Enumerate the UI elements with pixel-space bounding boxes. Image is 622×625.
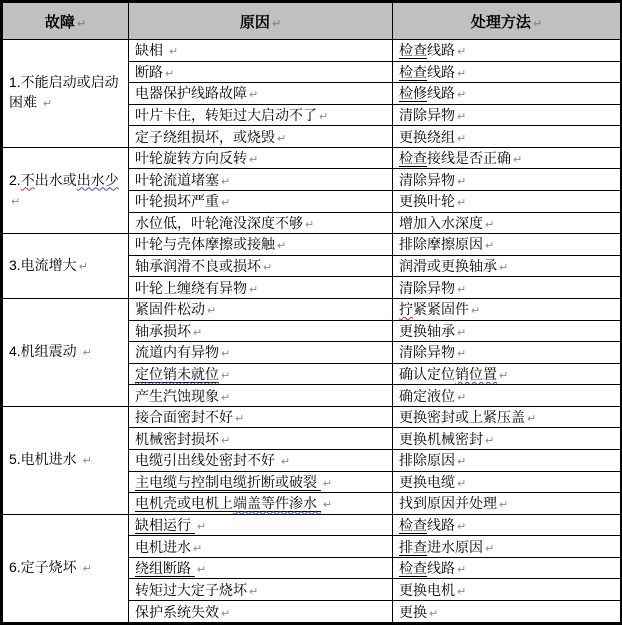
cause-cell: 绕组断路 ↵ [129,557,393,579]
text-segment: 检查 [399,64,427,80]
text-segment: 叶轮损坏严重 [135,193,219,209]
paragraph-mark-icon: ↵ [499,370,508,382]
cause-cell: 产生汽蚀现象↵ [129,385,393,407]
text-segment: 电机壳或电机上 [135,495,233,511]
remedy-cell: 检查线路↵ [393,61,621,83]
text-segment: 轴承损坏 [135,323,191,339]
remedy-cell: 更换机械密封↵ [393,428,621,450]
text-segment: 排除摩擦原因 [399,236,483,252]
paragraph-mark-icon: ↵ [457,68,466,80]
paragraph-mark-icon: ↵ [79,261,88,273]
paragraph-mark-icon: ↵ [197,564,206,576]
paragraph-mark-icon: ↵ [169,46,178,58]
remedy-cell: 更换绕组↵ [393,126,621,148]
paragraph-mark-icon: ↵ [221,392,230,404]
cause-cell: 缺相运行 ↵ [129,514,393,536]
text-segment: 清除异物 [399,172,455,188]
text-segment: 缺相 [135,42,167,58]
text-segment: 增加入水深度 [399,215,483,231]
paragraph-mark-icon: ↵ [323,478,332,490]
paragraph-mark-icon: ↵ [165,68,174,80]
remedy-cell: 排查进水原因↵ [393,536,621,558]
paragraph-mark-icon: ↵ [193,543,202,555]
text-segment: 检查 [399,560,427,576]
cause-cell: 保护系统失效↵ [129,601,393,623]
text-segment: 线路 [427,560,455,576]
paragraph-mark-icon: ↵ [457,456,466,468]
remedy-cell: 更换↵ [393,601,621,623]
paragraph-mark-icon: ↵ [249,89,258,101]
paragraph-mark-icon: ↵ [457,176,466,188]
text-segment: 清除异物 [399,280,455,296]
paragraph-mark-icon: ↵ [11,196,20,208]
text-segment: 清除异物 [399,107,455,123]
remedy-cell: 更换叶轮↵ [393,191,621,213]
remedy-cell: 检查线路↵ [393,514,621,536]
fault-cell: 3.电流增大↵ [3,234,129,299]
text-segment: 找到原因并处理 [399,495,497,511]
paragraph-mark-icon: ↵ [77,18,86,30]
text-segment: 定位销未就位 [135,366,219,383]
paragraph-mark-icon: ↵ [527,413,536,425]
table-row: 1.不能启动或启动困难 ↵缺相 ↵检查线路↵ [3,40,621,62]
paragraph-mark-icon: ↵ [249,284,258,296]
text-segment: 线路 [427,85,455,101]
text-segment: 更换电缆 [399,474,455,490]
text-segment: 叶片卡住，转矩过大启动不了 [135,107,317,123]
text-segment: 检查 [399,42,427,58]
paragraph-mark-icon: ↵ [457,392,466,404]
text-segment: 销位置 [455,366,497,382]
text-segment: 接合面密封不好 [135,409,233,425]
paragraph-mark-icon: ↵ [305,219,314,231]
text-segment: 6.定子烧坏 [9,559,81,575]
paragraph-mark-icon: ↵ [513,154,522,166]
cause-cell: 电机壳或电机上端盖等件渗水 ↵ [129,493,393,515]
text-segment: 断路 [135,64,163,80]
remedy-cell: 确认定位销位置↵ [393,363,621,385]
remedy-cell: 检查接线是否正确↵ [393,147,621,169]
paragraph-mark-icon: ↵ [221,176,230,188]
paragraph-mark-icon: ↵ [457,111,466,123]
remedy-cell: 拧紧紧固件↵ [393,298,621,320]
text-segment: 更换电机 [399,582,455,598]
cause-cell: 叶轮流道堵塞↵ [129,169,393,191]
remedy-cell: 检查线路↵ [393,557,621,579]
paragraph-mark-icon: ↵ [457,586,466,598]
paragraph-mark-icon: ↵ [485,543,494,555]
paragraph-mark-icon: ↵ [499,262,508,274]
paragraph-mark-icon: ↵ [83,347,92,359]
fault-cell: 4.机组震动 ↵ [3,298,129,406]
paragraph-mark-icon: ↵ [193,327,202,339]
text-segment: 转矩过大定子烧坏 [135,582,247,598]
paragraph-mark-icon: ↵ [485,219,494,231]
text-segment: 4.机组震动 [9,343,81,359]
paragraph-mark-icon: ↵ [221,197,230,209]
fault-cell: 2.不出水或出水少↵ [3,147,129,233]
cause-cell: 轴承损坏↵ [129,320,393,342]
header-cause-label: 原因 [240,14,270,31]
text-segment: 困难 [9,94,41,110]
paragraph-mark-icon: ↵ [457,89,466,101]
paragraph-mark-icon: ↵ [471,305,480,317]
text-segment: 5.电机进水 [9,451,81,467]
remedy-cell: 更换电缆↵ [393,471,621,493]
text-segment: 1.不能启动或启动 [9,74,119,90]
remedy-cell: 更换密封或上紧压盖↵ [393,406,621,428]
text-segment: 检查 [399,517,427,533]
paragraph-mark-icon: ↵ [263,262,272,274]
fault-cell: 6.定子烧坏 ↵ [3,514,129,622]
text-segment: 线路 [427,64,455,80]
paragraph-mark-icon: ↵ [533,18,542,30]
remedy-cell: 排除原因↵ [393,449,621,471]
troubleshooting-document: 故障↵ 原因↵ 处理方法↵ 1.不能启动或启动困难 ↵缺相 ↵检查线路↵断路↵检… [0,0,622,625]
paragraph-mark-icon: ↵ [83,455,92,467]
cause-cell: 机械密封损坏↵ [129,428,393,450]
cause-cell: 流道内有异物↵ [129,342,393,364]
text-segment: 确认定位 [399,366,455,382]
remedy-cell: 更换轴承↵ [393,320,621,342]
remedy-cell: 清除异物↵ [393,342,621,364]
text-segment: 润滑或更换轴承 [399,258,497,274]
cause-cell: 定子绕组损坏，或烧毁↵ [129,126,393,148]
text-segment: 3.电流增大 [9,257,77,273]
text-segment: 2. [9,172,21,188]
text-segment: 出水少 [77,172,119,188]
cause-cell: 主电缆与控制电缆折断或破裂 ↵ [129,471,393,493]
paragraph-mark-icon: ↵ [235,413,244,425]
paragraph-mark-icon: ↵ [281,456,290,468]
table-row: 2.不出水或出水少↵叶轮旋转方向反转↵检查接线是否正确↵ [3,147,621,169]
remedy-cell: 更换电机↵ [393,579,621,601]
text-segment: 排除原因 [399,452,455,468]
cause-cell: 轴承润滑不良或损坏↵ [129,255,393,277]
remedy-cell: 清除异物↵ [393,277,621,299]
paragraph-mark-icon: ↵ [323,499,332,511]
paragraph-mark-icon: ↵ [207,305,216,317]
text-segment: 机械密封损坏 [135,431,219,447]
paragraph-mark-icon: ↵ [429,608,438,620]
cause-cell: 接合面密封不好↵ [129,406,393,428]
column-header-fault: 故障↵ [3,3,129,40]
table-header: 故障↵ 原因↵ 处理方法↵ [3,3,621,40]
paragraph-mark-icon: ↵ [457,46,466,58]
text-segment: 电机进水 [135,539,191,555]
cause-cell: 电缆引出线处密封不好 ↵ [129,449,393,471]
paragraph-mark-icon: ↵ [83,563,92,575]
cause-cell: 水位低，叶轮淹没深度不够↵ [129,212,393,234]
table-row: 6.定子烧坏 ↵缺相运行 ↵检查线路↵ [3,514,621,536]
remedy-cell: 找到原因并处理↵ [393,493,621,515]
remedy-cell: 检修线路↵ [393,83,621,105]
cause-cell: 转矩过大定子烧坏↵ [129,579,393,601]
text-segment: 主电缆与控制电缆折断或破裂 [135,474,321,490]
text-segment: 接线是否正确 [427,150,511,166]
text-segment: 叶轮旋转方向反转 [135,150,247,166]
paragraph-mark-icon: ↵ [457,197,466,209]
text-segment: 线路 [427,517,455,533]
text-segment: 保护系统失效 [135,604,219,620]
text-segment: 更换机械密封 [399,431,483,447]
paragraph-mark-icon: ↵ [221,370,230,382]
cause-cell: 叶轮与壳体摩擦或接触↵ [129,234,393,256]
paragraph-mark-icon: ↵ [485,435,494,447]
remedy-cell: 润滑或更换轴承↵ [393,255,621,277]
troubleshooting-table: 故障↵ 原因↵ 处理方法↵ 1.不能启动或启动困难 ↵缺相 ↵检查线路↵断路↵检… [2,2,621,623]
text-segment: 叶轮流道堵塞 [135,172,219,188]
paragraph-mark-icon: ↵ [277,133,286,145]
paragraph-mark-icon: ↵ [457,327,466,339]
text-segment: 更换绕组 [399,129,455,145]
table-row: 4.机组震动 ↵紧固件松动↵拧紧紧固件↵ [3,298,621,320]
header-row: 故障↵ 原因↵ 处理方法↵ [3,3,621,40]
text-segment: 定子绕组损坏，或烧毁 [135,129,275,145]
paragraph-mark-icon: ↵ [319,111,328,123]
remedy-cell: 检查线路↵ [393,40,621,62]
cause-cell: 定位销未就位↵ [129,363,393,385]
table-body: 1.不能启动或启动困难 ↵缺相 ↵检查线路↵断路↵检查线路↵电器保护线路故障↵检… [3,40,621,623]
cause-cell: 叶轮上缠绕有异物↵ [129,277,393,299]
paragraph-mark-icon: ↵ [277,240,286,252]
text-segment: 检修 [399,85,427,101]
remedy-cell: 清除异物↵ [393,104,621,126]
cause-cell: 紧固件松动↵ [129,298,393,320]
paragraph-mark-icon: ↵ [499,499,508,511]
text-segment: 紧紧固件 [413,301,469,317]
text-segment: 水位低，叶轮淹没深度不够 [135,215,303,231]
paragraph-mark-icon: ↵ [457,133,466,145]
text-segment: 产生汽蚀现象 [135,388,219,404]
remedy-cell: 清除异物↵ [393,169,621,191]
text-segment: 更换轴承 [399,323,455,339]
text-segment: 确定液位 [399,388,455,404]
header-remedy-label: 处理方法 [471,14,531,31]
paragraph-mark-icon: ↵ [221,435,230,447]
paragraph-mark-icon: ↵ [457,564,466,576]
cause-cell: 电器保护线路故障↵ [129,83,393,105]
paragraph-mark-icon: ↵ [457,521,466,533]
paragraph-mark-icon: ↵ [43,98,52,110]
text-segment: 紧固件松动 [135,301,205,317]
text-segment: 更换密封或上紧压盖 [399,409,525,425]
text-segment: 线路 [427,42,455,58]
text-segment: 流道内有异物 [135,344,219,360]
table-row: 3.电流增大↵叶轮与壳体摩擦或接触↵排除摩擦原因↵ [3,234,621,256]
fault-cell: 1.不能启动或启动困难 ↵ [3,40,129,148]
text-segment: 进水原因 [427,539,483,555]
text-segment: 绕组断路 [135,560,195,576]
cause-cell: 叶片卡住，转矩过大启动不了↵ [129,104,393,126]
text-segment: 轴承润滑不良或损坏 [135,258,261,274]
cause-cell: 断路↵ [129,61,393,83]
text-segment: 叶轮上缠绕有异物 [135,280,247,296]
text-segment: 更换 [399,604,427,620]
text-segment: 缺相运行 [135,517,195,533]
paragraph-mark-icon: ↵ [249,586,258,598]
column-header-cause: 原因↵ [129,3,393,40]
fault-cell: 5.电机进水 ↵ [3,406,129,514]
remedy-cell: 排除摩擦原因↵ [393,234,621,256]
text-segment: 叶轮与壳体摩擦或接触 [135,236,275,252]
cause-cell: 缺相 ↵ [129,40,393,62]
remedy-cell: 增加入水深度↵ [393,212,621,234]
paragraph-mark-icon: ↵ [457,478,466,490]
text-segment: 电器保护线路故障 [135,85,247,101]
paragraph-mark-icon: ↵ [457,348,466,360]
text-segment: 端盖等件渗水 [233,495,321,512]
paragraph-mark-icon: ↵ [197,521,206,533]
column-header-remedy: 处理方法↵ [393,3,621,40]
text-segment: 更换叶轮 [399,193,455,209]
text-segment: 不 [21,172,35,188]
header-fault-label: 故障 [45,14,75,31]
text-segment: 拧 [399,301,413,317]
paragraph-mark-icon: ↵ [485,240,494,252]
paragraph-mark-icon: ↵ [221,348,230,360]
paragraph-mark-icon: ↵ [249,154,258,166]
text-segment: 检查 [399,150,427,166]
cause-cell: 电机进水↵ [129,536,393,558]
cause-cell: 叶轮旋转方向反转↵ [129,147,393,169]
text-segment: 清除异物 [399,344,455,360]
paragraph-mark-icon: ↵ [221,608,230,620]
text-segment: 出水或 [35,172,77,188]
paragraph-mark-icon: ↵ [272,18,281,30]
paragraph-mark-icon: ↵ [457,284,466,296]
remedy-cell: 确定液位↵ [393,385,621,407]
text-segment: 电缆引出线处密封不好 [135,452,279,468]
text-segment: 排查 [399,539,427,555]
table-row: 5.电机进水 ↵接合面密封不好↵更换密封或上紧压盖↵ [3,406,621,428]
cause-cell: 叶轮损坏严重↵ [129,191,393,213]
